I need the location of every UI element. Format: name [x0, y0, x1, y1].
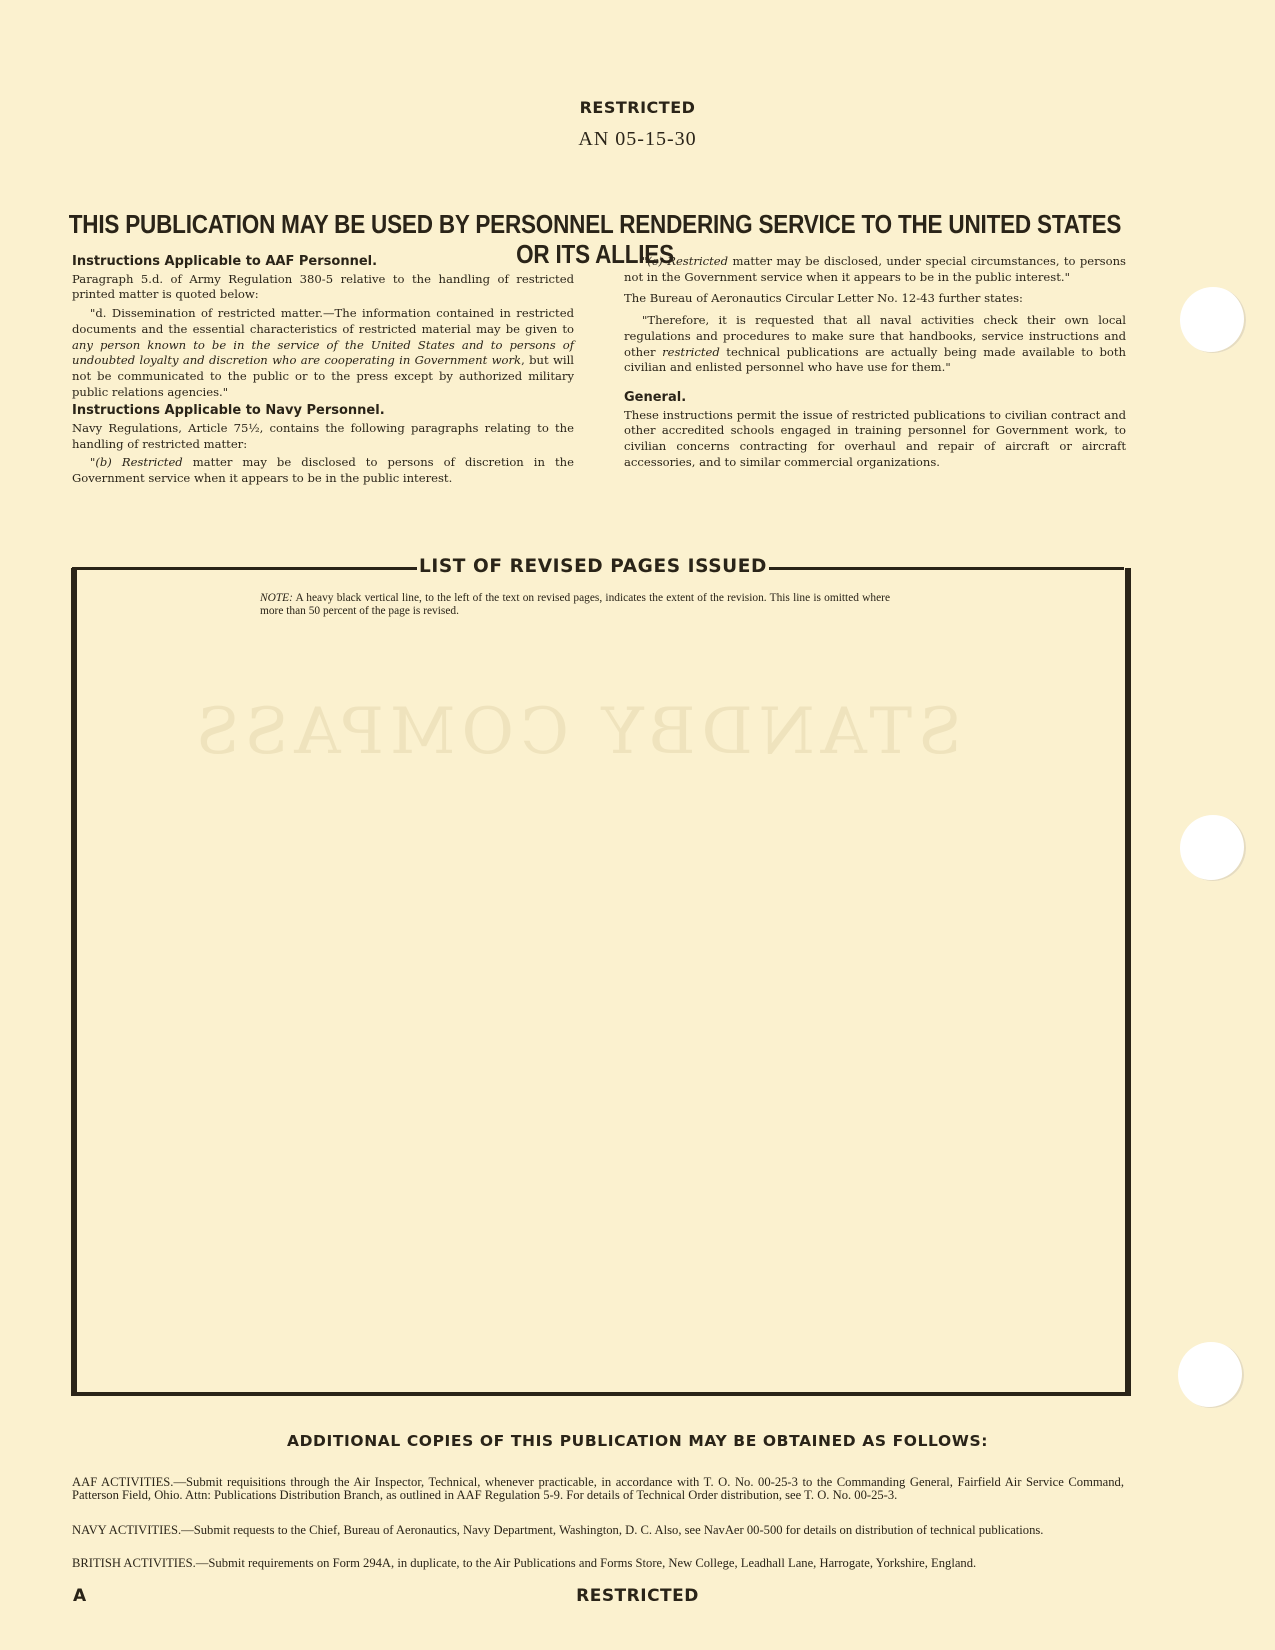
navy-para-b-label: "(b) Restricted: [90, 455, 183, 469]
note-label: NOTE:: [260, 592, 293, 604]
bureau-quote: "Therefore, it is requested that all nav…: [624, 313, 1126, 376]
revised-pages-note: NOTE: A heavy black vertical line, to th…: [260, 592, 890, 617]
document-number: AN 05-15-30: [0, 128, 1275, 151]
aaf-quote: "d. Dissemination of restricted matter.—…: [72, 306, 574, 400]
general-heading: General.: [624, 390, 1126, 406]
aaf-quote-italic: any person known to be in the service of…: [72, 338, 574, 368]
instructions-left-column: Instructions Applicable to AAF Personnel…: [72, 254, 574, 493]
note-text: A heavy black vertical line, to the left…: [260, 592, 890, 617]
aaf-distribution: AAF ACTIVITIES.—Submit requisitions thro…: [72, 1476, 1124, 1502]
aaf-intro: Paragraph 5.d. of Army Regulation 380-5 …: [72, 272, 574, 303]
binder-hole-icon: [1178, 1342, 1244, 1408]
revised-pages-title: LIST OF REVISED PAGES ISSUED: [417, 556, 769, 577]
bureau-intro: The Bureau of Aeronautics Circular Lette…: [624, 291, 1126, 307]
navy-para-b: "(b) Restricted matter may be disclosed …: [72, 455, 574, 486]
additional-copies-title: ADDITIONAL COPIES OF THIS PUBLICATION MA…: [0, 1432, 1275, 1450]
navy-intro: Navy Regulations, Article 75½, contains …: [72, 421, 574, 452]
footer-classification: RESTRICTED: [0, 1586, 1275, 1606]
header-classification: RESTRICTED: [0, 98, 1275, 117]
bureau-quote-italic: restricted: [662, 345, 720, 359]
navy-para-c-label: "(c) Restricted: [642, 254, 728, 268]
navy-para-c: "(c) Restricted matter may be disclosed,…: [624, 254, 1126, 285]
aaf-quote-lead: "d. Dissemination of restricted matter.—…: [72, 306, 574, 336]
title-rule-right: [769, 567, 1124, 570]
revised-pages-title-bar: LIST OF REVISED PAGES ISSUED: [72, 553, 1124, 579]
navy-heading: Instructions Applicable to Navy Personne…: [72, 403, 574, 419]
title-rule-left: [72, 567, 417, 570]
revised-pages-box: [71, 568, 1131, 1396]
binder-hole-icon: [1180, 815, 1246, 881]
general-text: These instructions permit the issue of r…: [624, 408, 1126, 471]
binder-hole-icon: [1180, 287, 1246, 353]
instructions-right-column: "(c) Restricted matter may be disclosed,…: [624, 254, 1126, 476]
aaf-heading: Instructions Applicable to AAF Personnel…: [72, 254, 574, 270]
navy-distribution: NAVY ACTIVITIES.—Submit requests to the …: [72, 1524, 1124, 1537]
british-distribution: BRITISH ACTIVITIES.—Submit requirements …: [72, 1557, 1124, 1570]
